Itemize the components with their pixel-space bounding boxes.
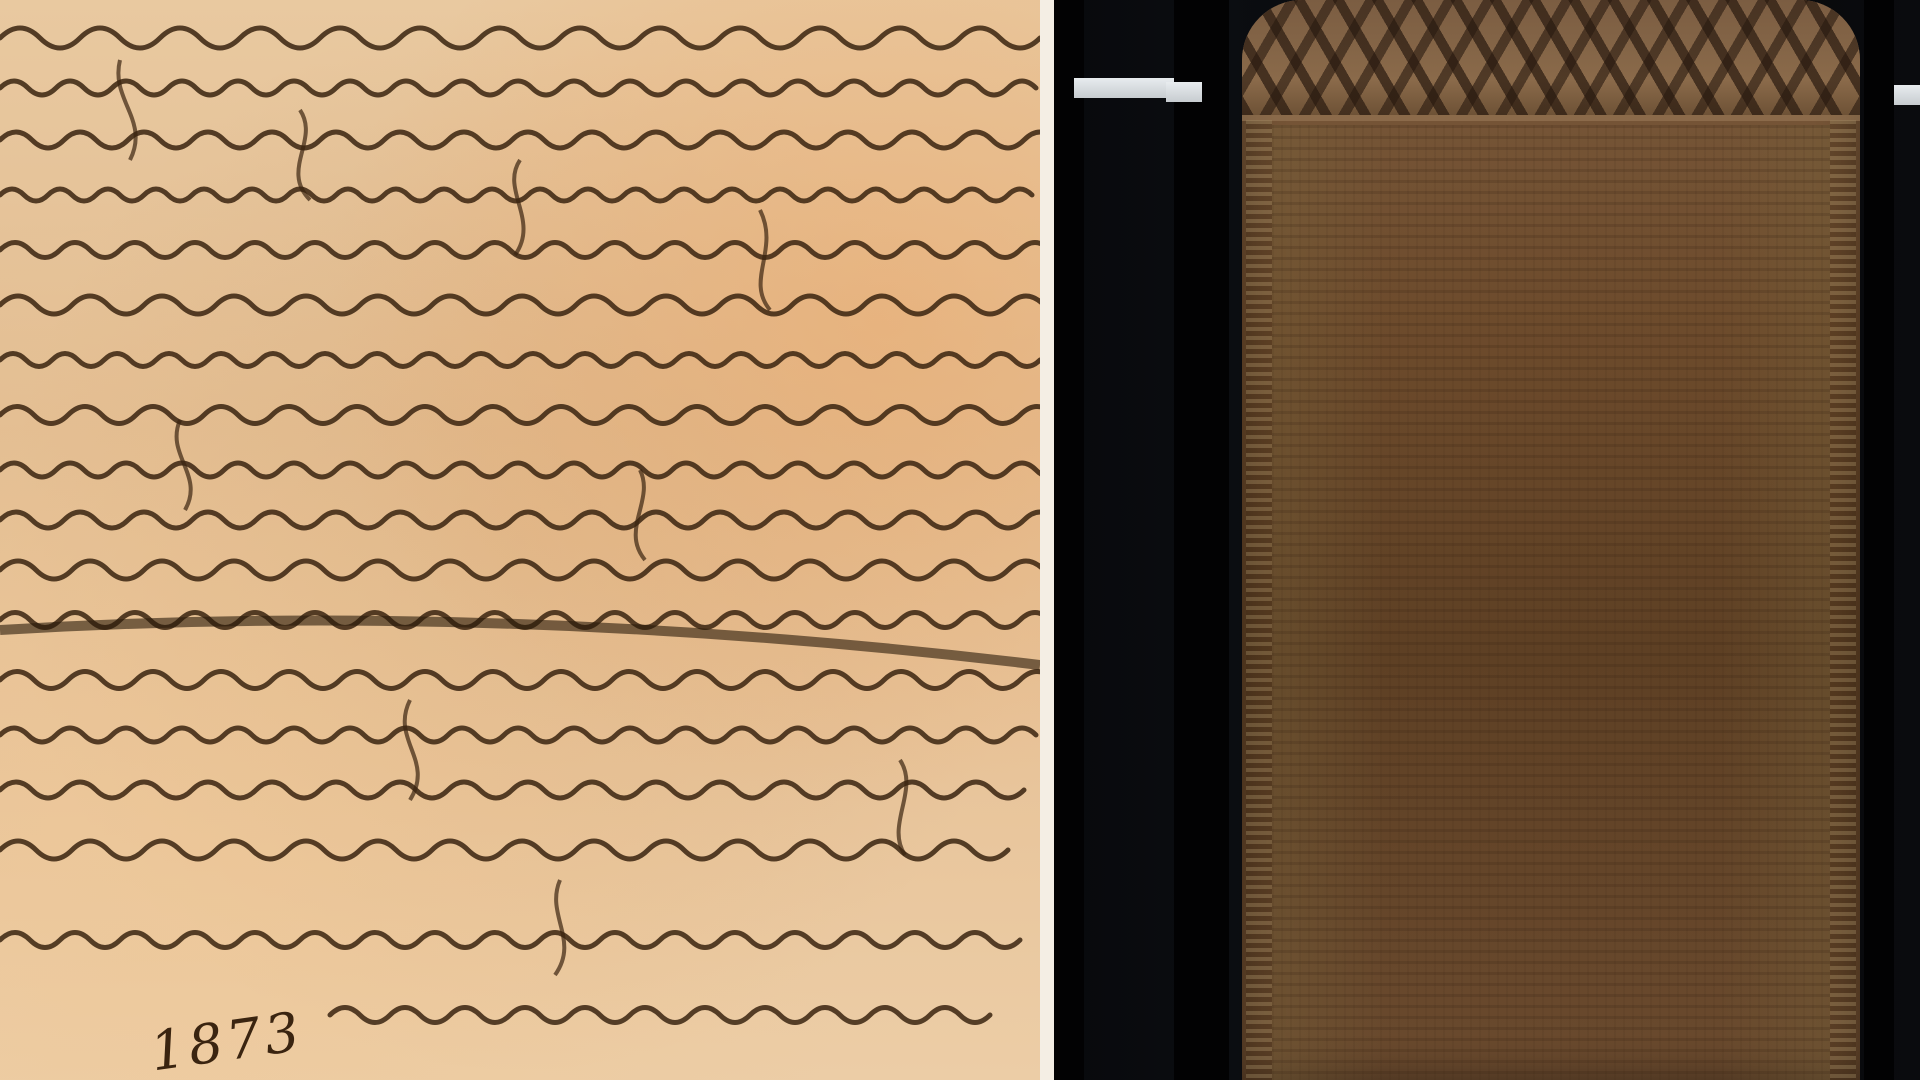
panel-divider xyxy=(1040,0,1054,1080)
case-post-right xyxy=(1864,0,1894,1080)
case-light-strip xyxy=(1166,82,1202,102)
carved-relief-top xyxy=(1242,0,1860,115)
inscription-face xyxy=(1272,125,1830,1080)
stele-display-photo xyxy=(1054,0,1920,1080)
stele-edge-left xyxy=(1246,120,1272,1080)
case-post-left xyxy=(1174,0,1229,1080)
case-light-strip xyxy=(1074,78,1174,98)
stele-edge-right xyxy=(1830,120,1856,1080)
stone-stele xyxy=(1242,0,1860,1080)
case-light-strip xyxy=(1890,85,1920,105)
handwriting-lines xyxy=(0,0,1040,1080)
stele-border xyxy=(1242,115,1860,121)
case-frame-left xyxy=(1054,0,1084,1080)
manuscript-photo: 1873 xyxy=(0,0,1040,1080)
